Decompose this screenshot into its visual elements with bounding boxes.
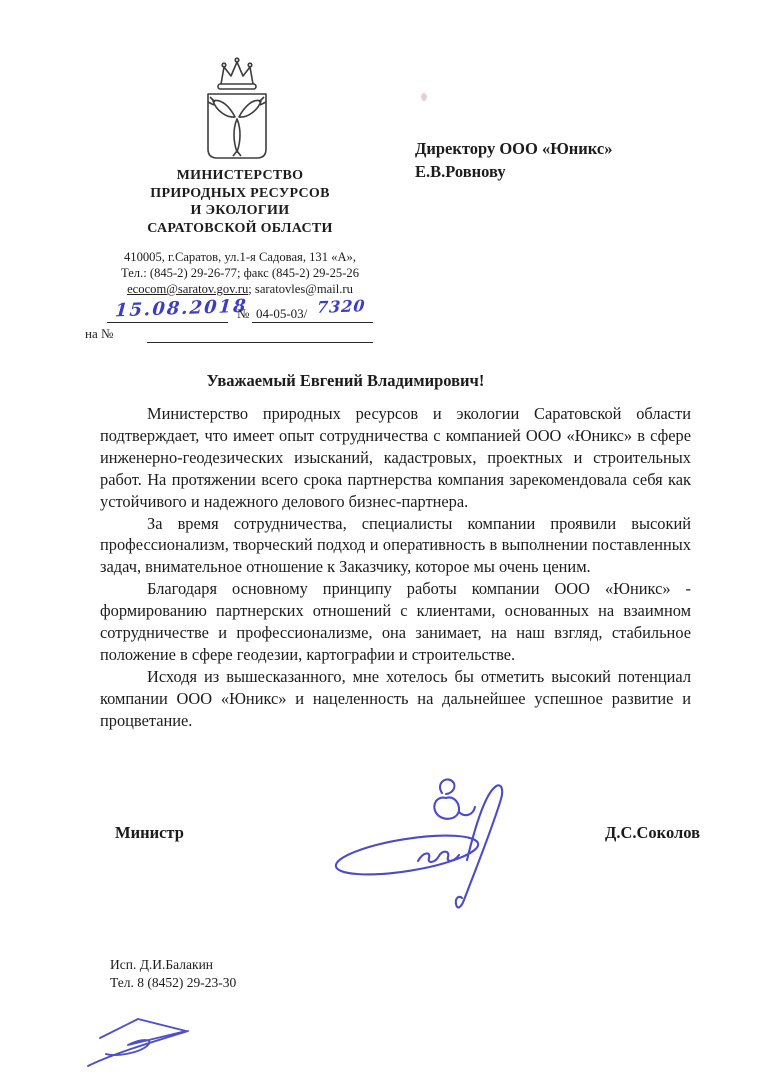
email-line: ecocom@saratov.gov.ru; saratovles@mail.r… bbox=[78, 281, 402, 297]
body-paragraph: Исходя из вышесказанного, мне хотелось б… bbox=[100, 666, 691, 732]
body-paragraph: Благодаря основному принципу работы комп… bbox=[100, 578, 691, 666]
incoming-ref-label: на № bbox=[85, 326, 113, 342]
email-separator: ; bbox=[248, 282, 255, 296]
email-secondary: saratovles@mail.ru bbox=[255, 282, 353, 296]
date-rule bbox=[107, 322, 228, 323]
phone-fax-line: Тел.: (845-2) 29-26-77; факс (845-2) 29-… bbox=[78, 265, 402, 281]
address-line: 410005, г.Саратов, ул.1-я Садовая, 131 «… bbox=[78, 249, 402, 265]
saratov-coat-of-arms-icon bbox=[202, 53, 274, 165]
salutation: Уважаемый Евгений Владимирович! bbox=[98, 371, 593, 391]
letterhead-contacts: 410005, г.Саратов, ул.1-я Садовая, 131 «… bbox=[78, 249, 402, 297]
ministry-name-line: ПРИРОДНЫХ РЕСУРСОВ bbox=[86, 185, 394, 203]
executor-block: Исп. Д.И.Балакин Тел. 8 (8452) 29-23-30 bbox=[110, 956, 236, 991]
date-handwritten: 15.08.2018 bbox=[114, 296, 248, 322]
email-primary: ecocom@saratov.gov.ru bbox=[127, 282, 248, 296]
minister-title: Министр bbox=[115, 823, 184, 843]
minister-signature-icon bbox=[325, 765, 510, 930]
letter-body: Министерство природных ресурсов и эколог… bbox=[100, 403, 691, 732]
scanned-letter-page: МИНИСТЕРСТВО ПРИРОДНЫХ РЕСУРСОВ И ЭКОЛОГ… bbox=[0, 0, 764, 1080]
ministry-name-line: САРАТОВСКОЙ ОБЛАСТИ bbox=[86, 220, 394, 238]
ministry-name-line: МИНИСТЕРСТВО bbox=[86, 167, 394, 185]
outgoing-number-handwritten: 7320 bbox=[316, 296, 366, 317]
outgoing-number-rule bbox=[252, 322, 373, 323]
recipient-line: Директору ООО «Юникс» bbox=[415, 138, 612, 161]
signer-name: Д.С.Соколов bbox=[605, 823, 700, 843]
executor-name: Исп. Д.И.Балакин bbox=[110, 956, 236, 974]
ministry-name: МИНИСТЕРСТВО ПРИРОДНЫХ РЕСУРСОВ И ЭКОЛОГ… bbox=[86, 167, 394, 237]
number-sign: № bbox=[237, 306, 249, 322]
recipient-block: Директору ООО «Юникс» Е.В.Ровнову bbox=[415, 138, 612, 183]
executor-phone: Тел. 8 (8452) 29-23-30 bbox=[110, 974, 236, 992]
executor-paraph-icon bbox=[82, 1012, 197, 1074]
outgoing-number-printed: 04-05-03/ bbox=[256, 306, 307, 322]
body-paragraph: Министерство природных ресурсов и эколог… bbox=[100, 403, 691, 513]
ministry-name-line: И ЭКОЛОГИИ bbox=[86, 202, 394, 220]
scan-artifact bbox=[421, 93, 427, 101]
body-paragraph: За время сотрудничества, специалисты ком… bbox=[100, 513, 691, 579]
recipient-line: Е.В.Ровнову bbox=[415, 161, 612, 184]
incoming-ref-rule bbox=[147, 342, 373, 343]
